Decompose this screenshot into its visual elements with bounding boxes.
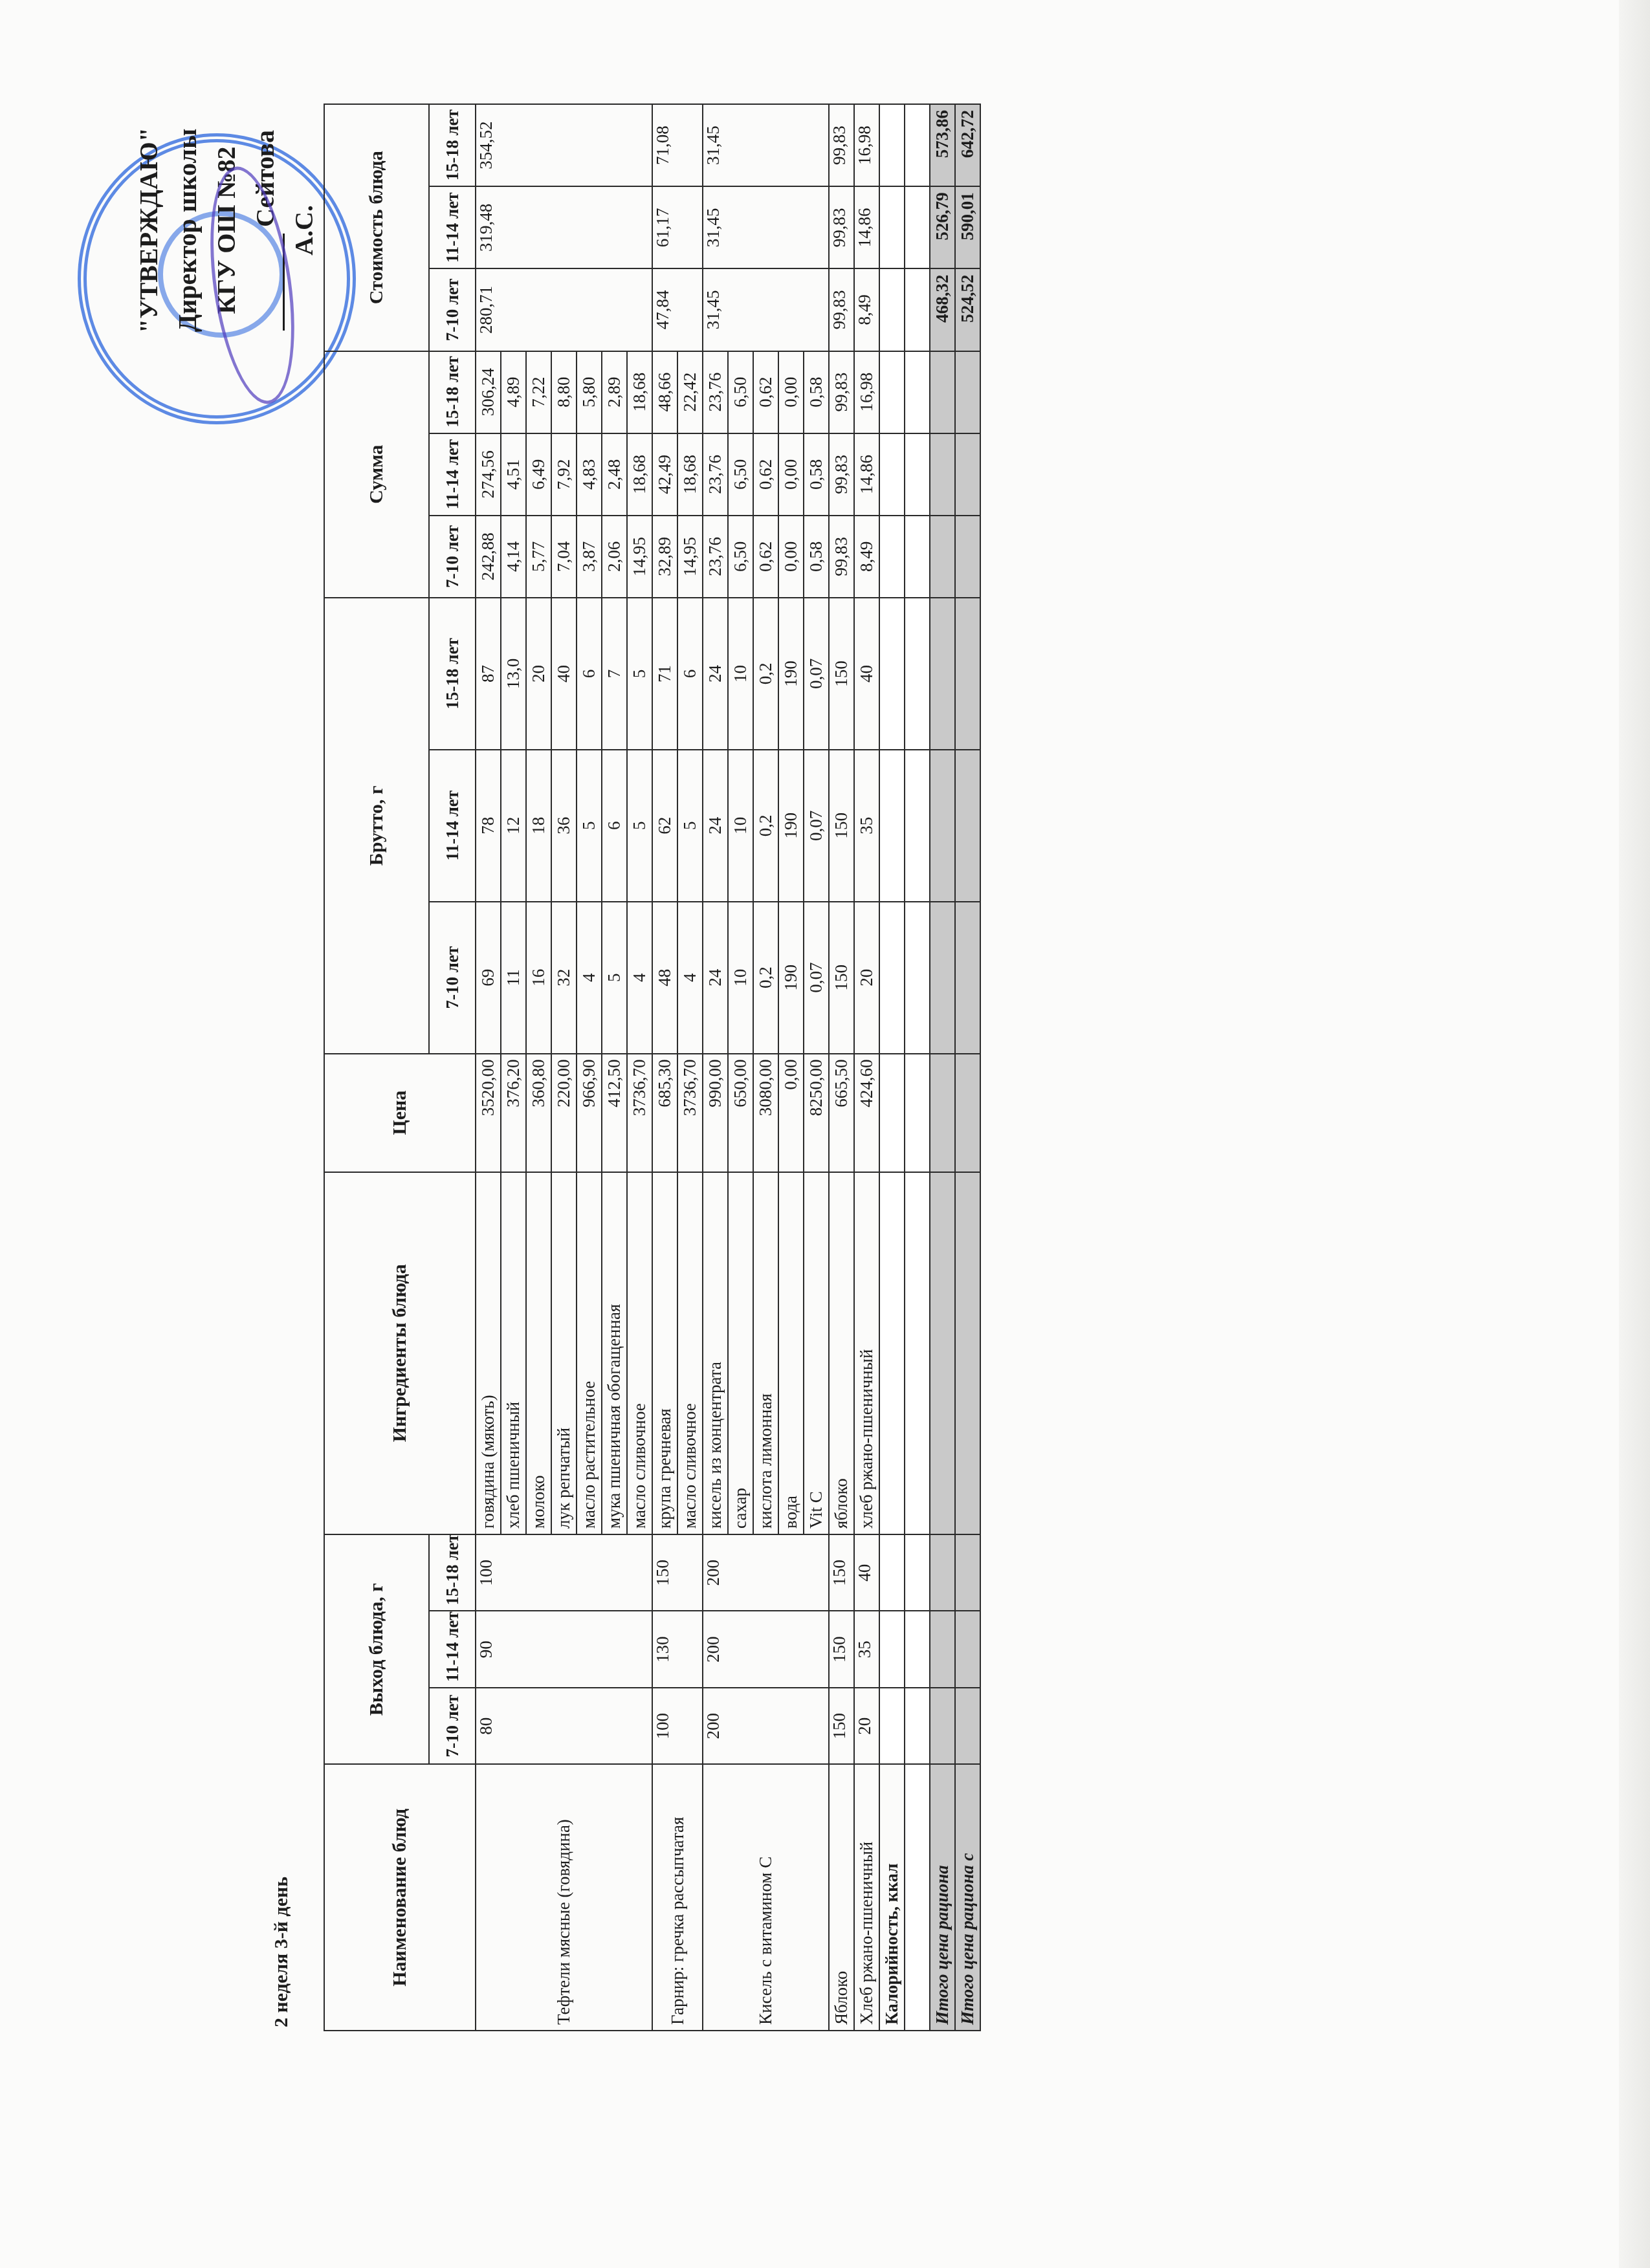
ingredient-brutto: 5 <box>577 750 602 902</box>
empty-cell <box>905 1764 930 2031</box>
dish-name: Яблоко <box>829 1764 854 2031</box>
dish-cost: 14,86 <box>854 186 879 268</box>
spacer-row <box>905 104 930 2031</box>
empty-cell <box>930 750 955 902</box>
dish-yield: 150 <box>829 1611 854 1688</box>
empty-cell <box>905 1172 930 1534</box>
ingredient-name: лук репчатый <box>551 1172 577 1534</box>
ingredient-sum: 99,83 <box>829 351 854 433</box>
dish-cost: 31,45 <box>703 104 829 186</box>
dish-name: Хлеб ржано-пшеничный <box>854 1764 879 2031</box>
ingredient-name: кислота лимонная <box>753 1172 778 1534</box>
empty-cell <box>955 1534 980 1611</box>
empty-cell <box>879 433 905 516</box>
ingredient-sum: 23,76 <box>703 433 728 516</box>
ingredient-sum: 7,04 <box>551 516 577 598</box>
ingredient-sum: 274,56 <box>476 433 501 516</box>
ingredient-sum: 18,68 <box>627 433 652 516</box>
ingredient-sum: 306,24 <box>476 351 501 433</box>
total-row: Итого цена рациона с524,52590,01642,72 <box>955 104 980 2031</box>
ingredient-sum: 4,51 <box>501 433 526 516</box>
header-brutto-age-1: 11-14 лет <box>429 750 476 902</box>
ingredient-sum: 0,58 <box>804 351 829 433</box>
header-cost-age-1: 11-14 лет <box>429 186 476 268</box>
empty-cell <box>905 598 930 750</box>
ingredient-brutto: 35 <box>854 750 879 902</box>
dish-yield: 40 <box>854 1534 879 1611</box>
ingredient-name: вода <box>778 1172 804 1534</box>
signature-line <box>283 234 285 331</box>
dish-cost: 99,83 <box>829 104 854 186</box>
ingredient-sum: 2,48 <box>602 433 627 516</box>
approval-position: Директор школы <box>168 107 207 353</box>
empty-cell <box>930 1054 955 1172</box>
empty-cell <box>879 186 905 268</box>
ingredient-sum: 4,14 <box>501 516 526 598</box>
empty-cell <box>879 104 905 186</box>
header-sum-age-1: 11-14 лет <box>429 433 476 516</box>
ingredient-brutto: 5 <box>627 598 652 750</box>
ingredient-brutto: 24 <box>703 902 728 1054</box>
approval-block: "УТВЕРЖДАЮ" Директор школы КГУ ОШ №82 Се… <box>129 107 324 353</box>
dish-yield: 100 <box>476 1534 652 1611</box>
ingredient-price: 8250,00 <box>804 1054 829 1172</box>
ingredient-name: крупа гречневая <box>652 1172 677 1534</box>
ingredient-brutto: 4 <box>627 902 652 1054</box>
dish-name: Кисель с витамином С <box>703 1764 829 2031</box>
ingredient-brutto: 6 <box>677 598 703 750</box>
ingredient-name: говядина (мякоть) <box>476 1172 501 1534</box>
ingredient-price: 665,50 <box>829 1054 854 1172</box>
empty-cell <box>879 1534 905 1611</box>
header-brutto-age-2: 15-18 лет <box>429 598 476 750</box>
total-label: Итого цена рациона с <box>955 1764 980 2031</box>
ingredient-price: 650,00 <box>728 1054 753 1172</box>
ingredient-brutto: 71 <box>652 598 677 750</box>
empty-cell <box>879 598 905 750</box>
ingredient-name: масло растительное <box>577 1172 602 1534</box>
ingredient-brutto: 190 <box>778 598 804 750</box>
empty-cell <box>930 1534 955 1611</box>
empty-cell <box>905 104 930 186</box>
ingredient-price: 990,00 <box>703 1054 728 1172</box>
ingredient-brutto: 40 <box>854 598 879 750</box>
ingredient-brutto: 150 <box>829 750 854 902</box>
ingredient-sum: 2,89 <box>602 351 627 433</box>
ingredient-price: 3736,70 <box>677 1054 703 1172</box>
dish-yield: 35 <box>854 1611 879 1688</box>
ingredient-brutto: 16 <box>526 902 551 1054</box>
dish-yield: 90 <box>476 1611 652 1688</box>
ingredient-sum: 18,68 <box>627 351 652 433</box>
approval-heading: "УТВЕРЖДАЮ" <box>129 107 168 353</box>
empty-cell <box>930 1172 955 1534</box>
ingredient-brutto: 11 <box>501 902 526 1054</box>
calories-label: Калорийность, ккал <box>879 1764 905 2031</box>
ingredient-brutto: 4 <box>677 902 703 1054</box>
ingredient-brutto: 0,07 <box>804 902 829 1054</box>
ingredient-sum: 16,98 <box>854 351 879 433</box>
dish-cost: 31,45 <box>703 268 829 351</box>
dish-cost: 47,84 <box>652 268 703 351</box>
ingredient-sum: 3,87 <box>577 516 602 598</box>
dish-cost: 16,98 <box>854 104 879 186</box>
empty-cell <box>955 1688 980 1765</box>
ingredient-sum: 6,50 <box>728 516 753 598</box>
dish-yield: 200 <box>703 1534 829 1611</box>
ingredient-brutto: 190 <box>778 902 804 1054</box>
ingredient-sum: 0,00 <box>778 351 804 433</box>
ingredient-brutto: 0,2 <box>753 598 778 750</box>
empty-cell <box>955 902 980 1054</box>
dish-cost: 31,45 <box>703 186 829 268</box>
header-sum-age-0: 7-10 лет <box>429 516 476 598</box>
table-row: Хлеб ржано-пшеничный203540хлеб ржано-пше… <box>854 104 879 2031</box>
total-value: 642,72 <box>955 104 980 186</box>
dish-name: Тефтели мясные (говядина) <box>476 1764 652 2031</box>
ingredient-sum: 6,50 <box>728 433 753 516</box>
ingredient-brutto: 10 <box>728 750 753 902</box>
ingredient-name: Vit C <box>804 1172 829 1534</box>
dish-cost: 99,83 <box>829 268 854 351</box>
empty-cell <box>879 1611 905 1688</box>
ingredient-sum: 0,62 <box>753 433 778 516</box>
ingredient-sum: 18,68 <box>677 433 703 516</box>
calories-row: Калорийность, ккал <box>879 104 905 2031</box>
header-cost: Стоимость блюда <box>324 104 429 351</box>
ingredient-name: хлеб пшеничный <box>501 1172 526 1534</box>
ingredient-sum: 4,89 <box>501 351 526 433</box>
empty-cell <box>955 750 980 902</box>
ingredient-brutto: 13,0 <box>501 598 526 750</box>
ingredient-brutto: 69 <box>476 902 501 1054</box>
empty-cell <box>955 1054 980 1172</box>
ingredient-sum: 42,49 <box>652 433 677 516</box>
ingredient-sum: 5,80 <box>577 351 602 433</box>
ingredient-name: хлеб ржано-пшеничный <box>854 1172 879 1534</box>
ingredient-brutto: 20 <box>526 598 551 750</box>
ingredient-price: 0,00 <box>778 1054 804 1172</box>
ingredient-price: 3736,70 <box>627 1054 652 1172</box>
header-yield-age-2: 15-18 лет <box>429 1534 476 1611</box>
ingredient-brutto: 40 <box>551 598 577 750</box>
total-value: 573,86 <box>930 104 955 186</box>
empty-cell <box>955 1172 980 1534</box>
empty-cell <box>879 1054 905 1172</box>
ingredient-sum: 4,83 <box>577 433 602 516</box>
ingredient-name: сахар <box>728 1172 753 1534</box>
ingredient-sum: 5,77 <box>526 516 551 598</box>
ingredient-name: масло сливочное <box>627 1172 652 1534</box>
ingredient-brutto: 0,2 <box>753 902 778 1054</box>
ingredient-name: кисель из концентрата <box>703 1172 728 1534</box>
empty-cell <box>905 268 930 351</box>
ingredient-brutto: 6 <box>577 598 602 750</box>
approval-organization: КГУ ОШ №82 <box>207 107 246 353</box>
empty-cell <box>905 433 930 516</box>
total-value: 590,01 <box>955 186 980 268</box>
dish-cost: 280,71 <box>476 268 652 351</box>
dish-cost: 99,83 <box>829 186 854 268</box>
ingredient-price: 3520,00 <box>476 1054 501 1172</box>
empty-cell <box>930 598 955 750</box>
menu-cost-table: Наименование блюд Выход блюда, г Ингреди… <box>324 104 981 2031</box>
empty-cell <box>955 351 980 433</box>
rotated-page: 2 неделя 3-й день "УТВЕРЖДАЮ" Директор ш… <box>0 0 1650 2268</box>
empty-cell <box>905 1054 930 1172</box>
header-sum: Сумма <box>324 351 429 598</box>
header-yield-age-1: 11-14 лет <box>429 1611 476 1688</box>
header-brutto-age-0: 7-10 лет <box>429 902 476 1054</box>
empty-cell <box>879 1688 905 1765</box>
dish-yield: 200 <box>703 1611 829 1688</box>
dish-yield: 80 <box>476 1688 652 1765</box>
dish-yield: 130 <box>652 1611 703 1688</box>
table-row: Гарнир: гречка рассыпчатая100130150крупа… <box>652 104 677 2031</box>
ingredient-brutto: 78 <box>476 750 501 902</box>
empty-cell <box>879 902 905 1054</box>
ingredient-brutto: 20 <box>854 902 879 1054</box>
ingredient-brutto: 24 <box>703 598 728 750</box>
day-title: 2 неделя 3-й день <box>270 1877 292 2027</box>
header-sum-age-2: 15-18 лет <box>429 351 476 433</box>
ingredient-brutto: 0,2 <box>753 750 778 902</box>
dish-name: Гарнир: гречка рассыпчатая <box>652 1764 703 2031</box>
ingredient-price: 3080,00 <box>753 1054 778 1172</box>
empty-cell <box>879 351 905 433</box>
header-ingredients: Ингредиенты блюда <box>324 1172 476 1534</box>
empty-cell <box>905 1611 930 1688</box>
ingredient-brutto: 10 <box>728 598 753 750</box>
approval-signatory: Сейтова А.С. <box>246 107 324 353</box>
dish-yield: 100 <box>652 1688 703 1765</box>
ingredient-brutto: 0,07 <box>804 598 829 750</box>
ingredient-sum: 8,49 <box>854 516 879 598</box>
dish-cost: 319,48 <box>476 186 652 268</box>
ingredient-sum: 23,76 <box>703 351 728 433</box>
ingredient-sum: 0,62 <box>753 516 778 598</box>
total-value: 524,52 <box>955 268 980 351</box>
dish-yield: 150 <box>652 1534 703 1611</box>
ingredient-price: 360,80 <box>526 1054 551 1172</box>
ingredient-sum: 14,95 <box>677 516 703 598</box>
dish-cost: 61,17 <box>652 186 703 268</box>
ingredient-sum: 14,95 <box>627 516 652 598</box>
ingredient-sum: 0,62 <box>753 351 778 433</box>
empty-cell <box>879 750 905 902</box>
empty-cell <box>955 433 980 516</box>
ingredient-brutto: 0,07 <box>804 750 829 902</box>
ingredient-sum: 99,83 <box>829 516 854 598</box>
total-value: 468,32 <box>930 268 955 351</box>
table-row: Яблоко150150150яблоко665,5015015015099,8… <box>829 104 854 2031</box>
ingredient-brutto: 7 <box>602 598 627 750</box>
header-cost-age-0: 7-10 лет <box>429 268 476 351</box>
ingredient-brutto: 4 <box>577 902 602 1054</box>
ingredient-brutto: 150 <box>829 598 854 750</box>
empty-cell <box>905 351 930 433</box>
empty-cell <box>930 351 955 433</box>
ingredient-price: 966,90 <box>577 1054 602 1172</box>
ingredient-brutto: 62 <box>652 750 677 902</box>
empty-cell <box>905 902 930 1054</box>
total-row: Итого цена рациона468,32526,79573,86 <box>930 104 955 2031</box>
ingredient-sum: 32,89 <box>652 516 677 598</box>
ingredient-brutto: 32 <box>551 902 577 1054</box>
dish-yield: 150 <box>829 1688 854 1765</box>
ingredient-price: 424,60 <box>854 1054 879 1172</box>
ingredient-brutto: 48 <box>652 902 677 1054</box>
ingredient-brutto: 10 <box>728 902 753 1054</box>
ingredient-price: 376,20 <box>501 1054 526 1172</box>
ingredient-sum: 99,83 <box>829 433 854 516</box>
table-row: Тефтели мясные (говядина)8090100говядина… <box>476 104 501 2031</box>
ingredient-brutto: 5 <box>602 902 627 1054</box>
dish-cost: 354,52 <box>476 104 652 186</box>
ingredient-name: мука пшеничная обогащенная <box>602 1172 627 1534</box>
dish-yield: 150 <box>829 1534 854 1611</box>
ingredient-brutto: 24 <box>703 750 728 902</box>
ingredient-sum: 14,86 <box>854 433 879 516</box>
ingredient-sum: 6,50 <box>728 351 753 433</box>
ingredient-brutto: 5 <box>677 750 703 902</box>
dish-cost: 71,08 <box>652 104 703 186</box>
approval-name: Сейтова А.С. <box>250 130 318 256</box>
dish-yield: 20 <box>854 1688 879 1765</box>
empty-cell <box>879 268 905 351</box>
total-value: 526,79 <box>930 186 955 268</box>
empty-cell <box>905 516 930 598</box>
empty-cell <box>955 1611 980 1688</box>
ingredient-name: масло сливочное <box>677 1172 703 1534</box>
ingredient-brutto: 6 <box>602 750 627 902</box>
ingredient-brutto: 5 <box>627 750 652 902</box>
header-brutto: Брутто, г <box>324 598 429 1054</box>
ingredient-price: 685,30 <box>652 1054 677 1172</box>
ingredient-sum: 48,66 <box>652 351 677 433</box>
ingredient-sum: 0,58 <box>804 516 829 598</box>
ingredient-brutto: 12 <box>501 750 526 902</box>
empty-cell <box>930 516 955 598</box>
ingredient-sum: 0,00 <box>778 516 804 598</box>
dish-yield: 200 <box>703 1688 829 1765</box>
ingredient-sum: 23,76 <box>703 516 728 598</box>
ingredient-brutto: 87 <box>476 598 501 750</box>
empty-cell <box>879 1172 905 1534</box>
ingredient-sum: 7,92 <box>551 433 577 516</box>
ingredient-brutto: 150 <box>829 902 854 1054</box>
empty-cell <box>905 1688 930 1765</box>
header-yield: Выход блюда, г <box>324 1534 429 1765</box>
ingredient-brutto: 36 <box>551 750 577 902</box>
header-dish-name: Наименование блюд <box>324 1764 476 2031</box>
ingredient-sum: 2,06 <box>602 516 627 598</box>
ingredient-name: молоко <box>526 1172 551 1534</box>
empty-cell <box>930 433 955 516</box>
empty-cell <box>930 902 955 1054</box>
ingredient-price: 220,00 <box>551 1054 577 1172</box>
header-yield-age-0: 7-10 лет <box>429 1688 476 1765</box>
ingredient-sum: 0,58 <box>804 433 829 516</box>
ingredient-sum: 7,22 <box>526 351 551 433</box>
ingredient-name: яблоко <box>829 1172 854 1534</box>
ingredient-price: 412,50 <box>602 1054 627 1172</box>
empty-cell <box>905 186 930 268</box>
dish-cost: 8,49 <box>854 268 879 351</box>
ingredient-brutto: 18 <box>526 750 551 902</box>
ingredient-brutto: 190 <box>778 750 804 902</box>
ingredient-sum: 22,42 <box>677 351 703 433</box>
header-cost-age-2: 15-18 лет <box>429 104 476 186</box>
empty-cell <box>955 598 980 750</box>
ingredient-sum: 6,49 <box>526 433 551 516</box>
empty-cell <box>955 516 980 598</box>
table-row: Кисель с витамином С200200200кисель из к… <box>703 104 728 2031</box>
total-label: Итого цена рациона <box>930 1764 955 2031</box>
empty-cell <box>879 516 905 598</box>
empty-cell <box>930 1611 955 1688</box>
empty-cell <box>905 1534 930 1611</box>
ingredient-sum: 8,80 <box>551 351 577 433</box>
ingredient-sum: 242,88 <box>476 516 501 598</box>
empty-cell <box>905 750 930 902</box>
ingredient-sum: 0,00 <box>778 433 804 516</box>
empty-cell <box>930 1688 955 1765</box>
header-price: Цена <box>324 1054 476 1172</box>
